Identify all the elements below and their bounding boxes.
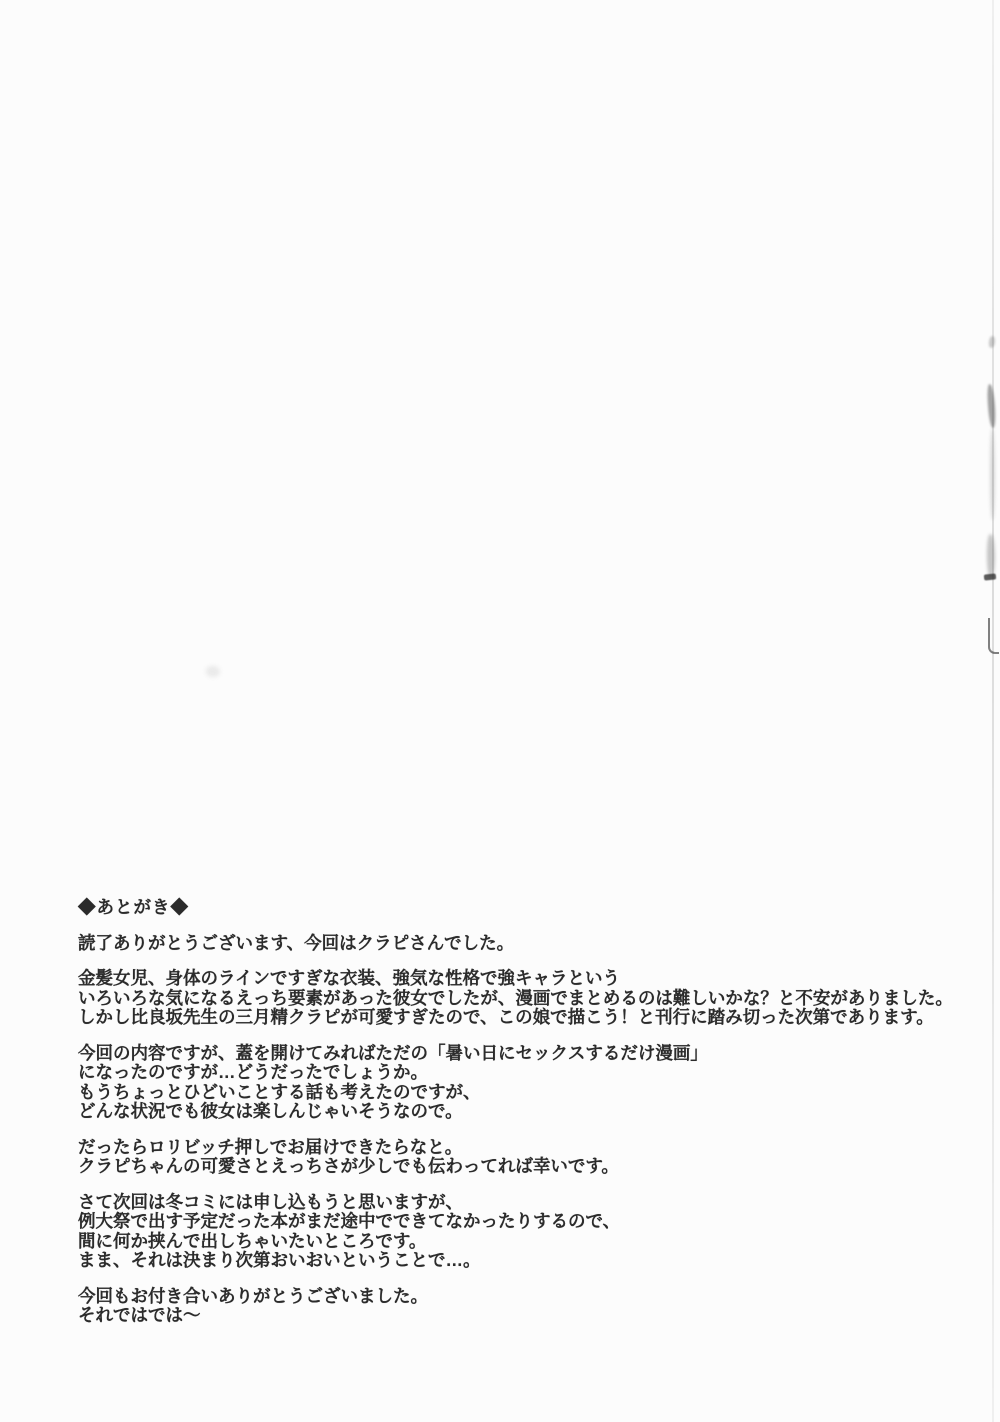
afterword-paragraph: だったらロリビッチ押しでお届けできたらなと。 クラピちゃんの可愛さとえっちさが少… bbox=[78, 1138, 990, 1177]
scan-smudge bbox=[988, 336, 996, 349]
text-line: 読了ありがとうございます、今回はクラピさんでした。 bbox=[78, 934, 990, 954]
afterword-paragraph: 読了ありがとうございます、今回はクラピさんでした。 bbox=[78, 934, 990, 954]
scan-smudge bbox=[990, 428, 995, 520]
afterword-paragraph: 今回の内容ですが、蓋を開けてみればただの「暑い日にセックスするだけ漫画」 になっ… bbox=[78, 1044, 990, 1122]
text-line: さて次回は冬コミには申し込もうと思いますが、 bbox=[78, 1193, 990, 1213]
text-line: 例大祭で出す予定だった本がまだ途中でできてなかったりするので、 bbox=[78, 1212, 990, 1232]
text-line: しかし比良坂先生の三月精クラピが可愛すぎたので、この娘で描こう！と刊行に踏み切っ… bbox=[78, 1008, 990, 1028]
scan-faint-spot bbox=[206, 666, 220, 677]
text-line: だったらロリビッチ押しでお届けできたらなと。 bbox=[78, 1138, 990, 1158]
text-line: それではでは〜 bbox=[78, 1306, 990, 1326]
scan-smudge bbox=[986, 384, 996, 428]
afterword-heading: ◆あとがき◆ bbox=[78, 898, 990, 918]
afterword-paragraph: 今回もお付き合いありがとうございました。 それではでは〜 bbox=[78, 1287, 990, 1326]
text-line: どんな状況でも彼女は楽しんじゃいそうなので。 bbox=[78, 1102, 990, 1122]
afterword-paragraph: さて次回は冬コミには申し込もうと思いますが、 例大祭で出す予定だった本がまだ途中… bbox=[78, 1193, 990, 1271]
text-line: になったのですが…どうだったでしょうか。 bbox=[78, 1063, 990, 1083]
scan-edge-line bbox=[992, 0, 994, 1422]
text-line: まま、それは決まり次第おいおいということで…。 bbox=[78, 1251, 990, 1271]
afterword-paragraph: 金髪女児、身体のラインですぎな衣装、強気な性格で強キャラという いろいろな気にな… bbox=[78, 969, 990, 1028]
text-line: 今回の内容ですが、蓋を開けてみればただの「暑い日にセックスするだけ漫画」 bbox=[78, 1044, 990, 1064]
scan-smudge bbox=[984, 573, 997, 580]
afterword-text-block: ◆あとがき◆ 読了ありがとうございます、今回はクラピさんでした。 金髪女児、身体… bbox=[78, 898, 990, 1326]
scanned-afterword-page: ◆あとがき◆ 読了ありがとうございます、今回はクラピさんでした。 金髪女児、身体… bbox=[0, 0, 1000, 1422]
text-line: もうちょっとひどいことする話も考えたのですが、 bbox=[78, 1083, 990, 1103]
scan-hook-mark bbox=[988, 618, 999, 654]
text-line: 今回もお付き合いありがとうございました。 bbox=[78, 1287, 990, 1307]
scan-smudge bbox=[987, 534, 995, 578]
text-line: クラピちゃんの可愛さとえっちさが少しでも伝わってれば幸いです。 bbox=[78, 1157, 990, 1177]
text-line: 金髪女児、身体のラインですぎな衣装、強気な性格で強キャラという bbox=[78, 969, 990, 989]
text-line: 間に何か挟んで出しちゃいたいところです。 bbox=[78, 1232, 990, 1252]
text-line: いろいろな気になるえっち要素があった彼女でしたが、漫画でまとめるのは難しいかな？… bbox=[78, 989, 990, 1009]
